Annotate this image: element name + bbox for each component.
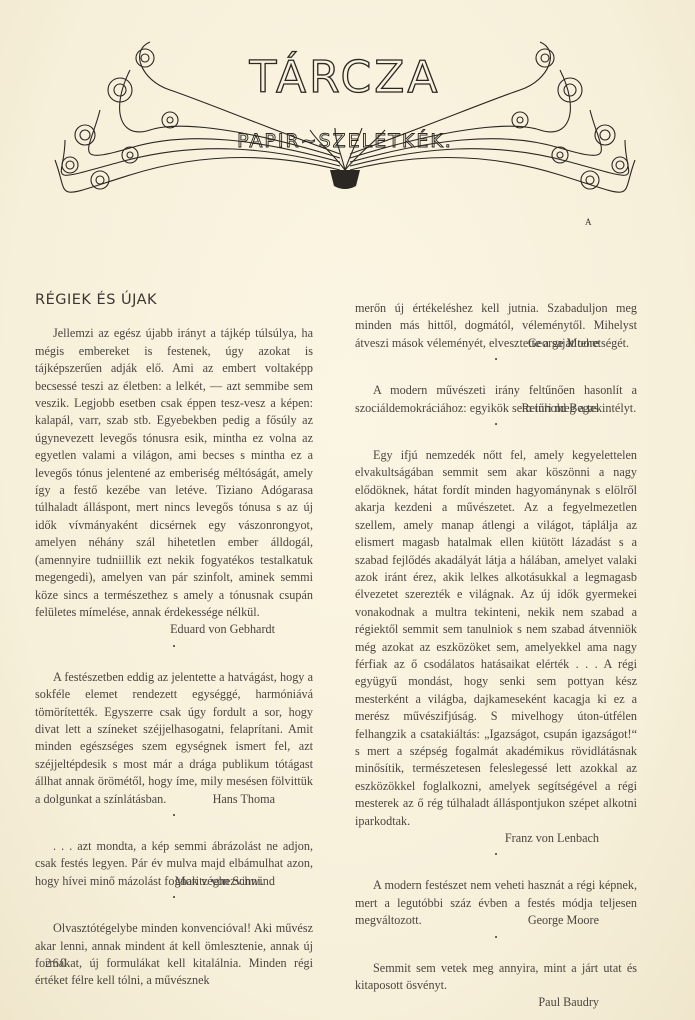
right-column: merőn új értékeléshez kell jutnia. Szaba… [355,300,637,1012]
separator-dot: • [35,894,313,902]
separator-dot: • [355,851,637,859]
quote-author: Eduard von Gebhardt [35,621,313,638]
header-subtitle: PAPIR~SZELETKÉK. [40,130,650,152]
quote-text: A festészetben eddig az jelentette a hat… [35,669,313,808]
quote-text: Jellemzi az egész újabb irányt a tájkép … [35,325,313,621]
separator-dot: • [355,421,637,429]
header-title: TÁRCZA [40,52,650,103]
article-title: RÉGIEK ÉS ÚJAK [35,292,313,309]
quote-text: Egy ifjú nemzedék nőtt fel, amely kegyel… [355,447,637,830]
page-number: 260 [45,955,68,971]
quote-author: Franz von Lenbach [355,830,637,847]
separator-dot: • [35,643,313,651]
artist-mark: A [585,217,592,227]
page: TÁRCZA PAPIR~SZELETKÉK. A RÉGIEK ÉS ÚJAK… [0,0,695,1020]
quote-author: Paul Baudry [355,994,637,1011]
quote-text: Semmit sem vetek meg annyira, mint a jár… [355,960,637,995]
header-ornament: TÁRCZA PAPIR~SZELETKÉK. [40,30,650,200]
quote-text: Olvasztótégelybe minden konvencióval! Ak… [35,920,313,990]
separator-dot: • [35,812,313,820]
left-column: RÉGIEK ÉS ÚJAK Jellemzi az egész újabb i… [35,292,313,990]
separator-dot: • [355,356,637,364]
separator-dot: • [355,934,637,942]
